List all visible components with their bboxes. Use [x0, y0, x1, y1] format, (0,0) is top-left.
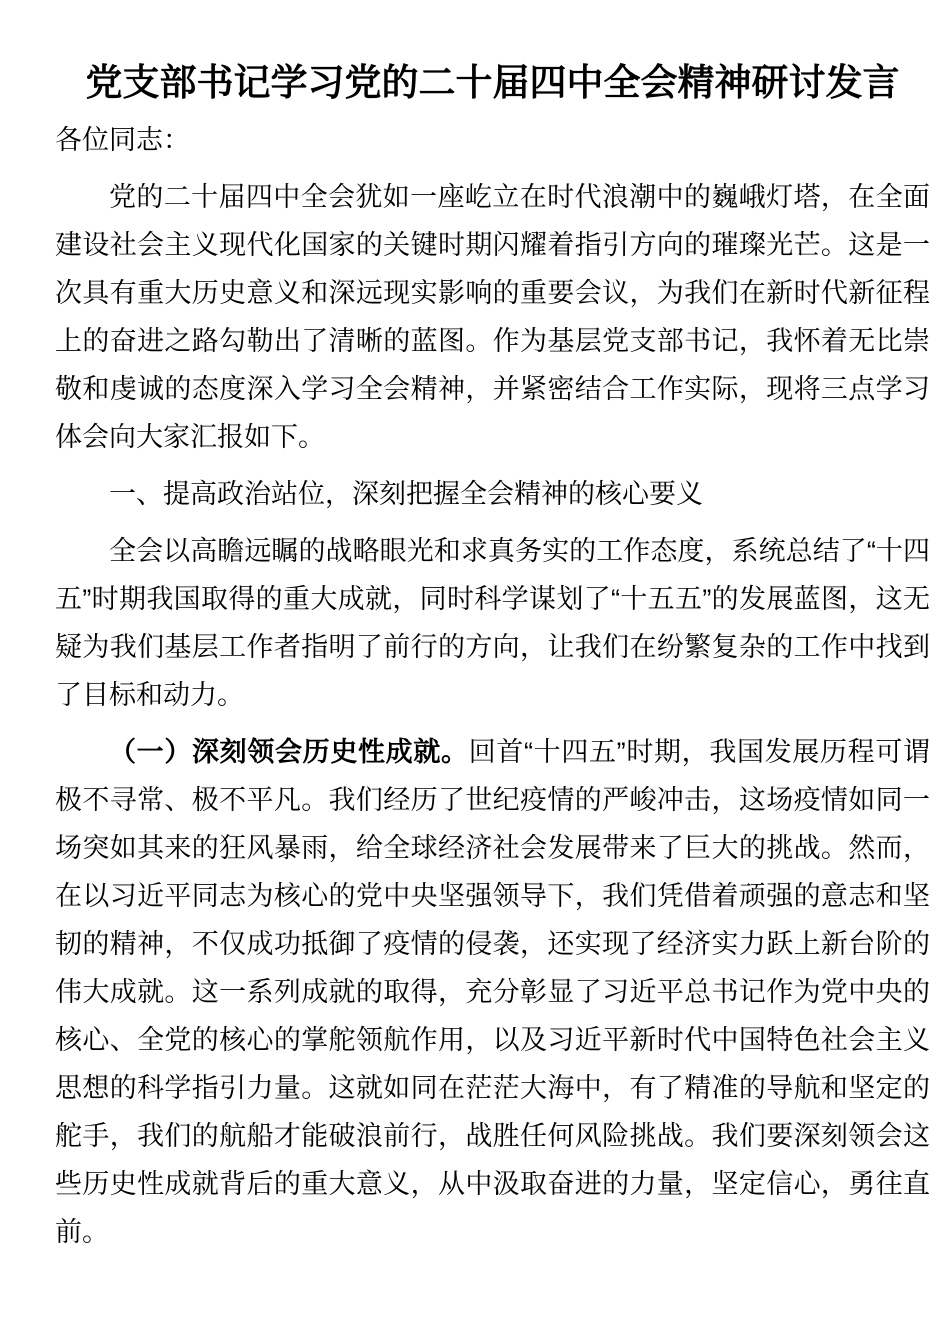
subsection-one-lead: （一）深刻领会历史性成就。 [109, 737, 469, 767]
intro-paragraph: 党的二十届四中全会犹如一座屹立在时代浪潮中的巍峨灯塔，在全面建设社会主义现代化国… [55, 173, 930, 461]
section-one-paragraph: 全会以高瞻远瞩的战略眼光和求真务实的工作态度，系统总结了“十四五”时期我国取得的… [55, 527, 930, 719]
subsection-one-paragraph: （一）深刻领会历史性成就。回首“十四五”时期，我国发展历程可谓极不寻常、极不平凡… [55, 728, 930, 1256]
document-title: 党支部书记学习党的二十届四中全会精神研讨发言 [55, 58, 930, 108]
subsection-one-body: 回首“十四五”时期，我国发展历程可谓极不寻常、极不平凡。我们经历了世纪疫情的严峻… [55, 737, 930, 1247]
section-one-heading: 一、提高政治站位，深刻把握全会精神的核心要义 [55, 470, 930, 518]
salutation: 各位同志： [55, 116, 930, 164]
document-page: 党支部书记学习党的二十届四中全会精神研讨发言 各位同志： 党的二十届四中全会犹如… [0, 0, 950, 1344]
